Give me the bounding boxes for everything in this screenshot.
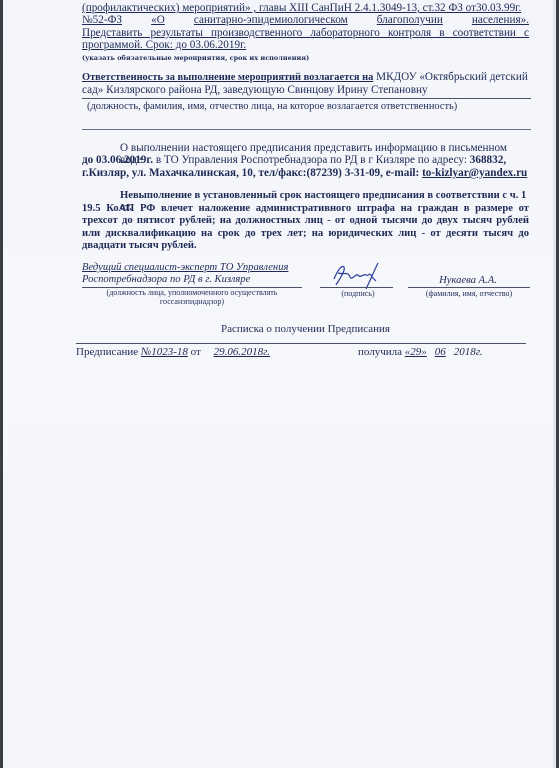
prescription-number: №1023-18 [141, 346, 188, 358]
postal-code: 368832, [470, 154, 506, 166]
prescription-label: Предписание [76, 346, 141, 358]
report-address-text: в ТО Управления Роспотребнадзора по РД в… [153, 154, 470, 166]
responsibility-line-2: сад» Кизлярского района РД, заведующую С… [82, 84, 529, 96]
responsibility-label: Ответственность за выполнение мероприяти… [82, 72, 373, 83]
law-word-4: населения». [472, 14, 529, 26]
penalty-line-4: или дисквалификацию на срок до трех лет;… [82, 228, 529, 240]
scanned-page: (профилактических) мероприятий» , главы … [3, 0, 556, 768]
responsibility-caption: (должность, фамилия, имя, отчество лица,… [87, 101, 534, 113]
penalty-line-5: двадцати тысяч рублей. [82, 240, 529, 252]
divider [82, 129, 531, 130]
position-line-1: Ведущий специалист-эксперт ТО Управления [82, 262, 312, 274]
penalty-line-2: 19.5 КоАП РФ влечет наложение администра… [82, 203, 529, 215]
inspector-name: Нукаева А.А. [408, 275, 528, 287]
responsibility-line-1: Ответственность за выполнение мероприяти… [82, 71, 529, 84]
received-year: 2018г. [454, 346, 483, 358]
address-contacts: г.Кизляр, ул. Махачкалинская, 10, тел/фа… [82, 167, 422, 179]
prescription-date: 29.06.2018г. [204, 346, 270, 358]
law-word-1: «О [151, 14, 165, 26]
position-caption-1: (должность лица, уполномоченного осущест… [82, 288, 302, 297]
measures-caption: (указать обязательные мероприятия, срок … [82, 52, 529, 64]
from-label: от [188, 346, 204, 358]
law-number: №52-ФЗ [82, 14, 122, 26]
penalty-line-3: трехсот до пятисот рублей; на должностны… [82, 215, 529, 227]
received-label: получила [358, 346, 405, 358]
report-notice-line-2: до 03.06.2019г. в ТО Управления Роспотре… [82, 154, 529, 166]
received-line: получила «29»062018г. [358, 346, 528, 358]
measures-line-3: Представить результаты производственного… [82, 27, 529, 39]
receipt-divider [76, 343, 526, 344]
law-word-3: благополучии [377, 14, 443, 26]
receipt-title: Расписка о получении Предписания [82, 323, 529, 335]
prescription-line: Предписание №1023-18 от 29.06.2018г. [76, 346, 276, 358]
measures-line-4: программой. Срок: до 03.06.2019г. [82, 39, 529, 51]
received-month: 06 [427, 346, 454, 358]
measures-line-1: (профилактических) мероприятий» , главы … [82, 2, 529, 14]
underline [82, 98, 531, 99]
received-day: «29» [405, 346, 427, 358]
email-link[interactable]: to-kizlyar@yandex.ru [422, 167, 527, 179]
measures-line-2: №52-ФЗ «О санитарно-эпидемиологическом б… [82, 14, 529, 26]
position-line-2: Роспотребнадзора по РД в г. Кизляре [82, 274, 312, 286]
position-caption-2: госсанэпиднадзор) [82, 297, 302, 306]
signature-caption: (подпись) [323, 288, 393, 300]
report-deadline: до 03.06.2019г. [82, 154, 153, 166]
page-edge [553, 0, 556, 768]
responsibility-org: МКДОУ «Октябрьский детский [373, 71, 527, 83]
name-caption: (фамилия, имя, отчество) [408, 288, 530, 300]
report-notice-line-3: г.Кизляр, ул. Махачкалинская, 10, тел/фа… [82, 167, 529, 179]
law-word-2: санитарно-эпидемиологическом [194, 14, 348, 26]
